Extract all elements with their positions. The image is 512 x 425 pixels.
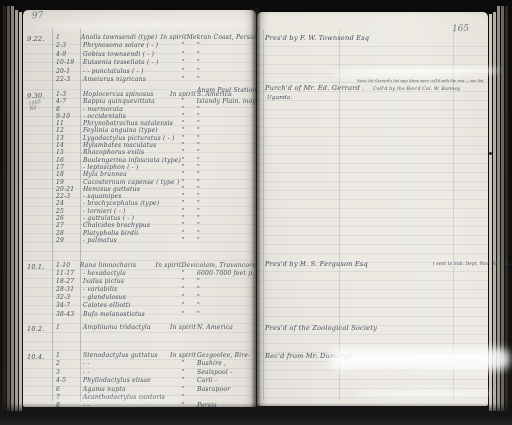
species-name: Chalcides brachypus: [83, 222, 169, 229]
entry-row: 11-17- hexadactyla"6000-7000 feet p.: [53, 270, 256, 278]
specimen-number: 8: [53, 106, 83, 113]
entry-row: 34-7Calotes elliotti"": [53, 302, 256, 310]
locality: ": [197, 179, 256, 186]
acquisition-state: ": [169, 369, 197, 376]
interlinear-note: Note: Mr Gerrard's list says these were …: [357, 79, 483, 83]
entry-row: 22-3- squamipes"": [53, 193, 256, 200]
acquisition-state: ": [169, 230, 197, 237]
specimen-number: 32-3: [53, 294, 83, 301]
species-name: Cacosternum capense ( type ): [83, 179, 169, 186]
specimen-number: 25: [53, 208, 83, 215]
acquisition-remark: Pres'd by F. W. Townsend Esq: [265, 34, 481, 42]
entry-row: 22-3Ameiurus nigricans"": [53, 76, 256, 84]
ledger-photo: 9.22.1Anolis townsendi (type)In spiritMe…: [0, 0, 512, 425]
acquisition-remark: Pres'd of the Zoological Society: [265, 324, 481, 332]
remark-entry: Note: Mr Gerrard's list says these were …: [265, 84, 481, 101]
acquisition-state: ": [169, 51, 197, 58]
species-name: Hemisus guttatus: [83, 186, 169, 193]
acquisition-state: ": [169, 142, 197, 149]
specimen-number: 28-31: [53, 286, 83, 293]
specimen-number: 6: [53, 386, 83, 393]
species-name: - variabilis: [83, 286, 169, 293]
specimen-number: 1: [53, 352, 83, 359]
species-name: Phrynosoma solare ( - ): [83, 42, 169, 49]
locality: ": [197, 311, 256, 318]
entry-row: 11Phrynobatrachus natalensis"": [53, 120, 256, 127]
locality: ": [197, 113, 256, 120]
specimen-number: 27: [53, 222, 83, 229]
locality: ": [197, 286, 256, 293]
entry-row: 4-5Phyllodactylus elisae"Carli -: [53, 377, 256, 385]
page-edge: [15, 10, 18, 411]
entry-row: 38-43Bufo melanostictus"": [53, 311, 256, 319]
locality: ": [197, 42, 256, 49]
ledger-section: 10.2.1Amphiuma tridactylaIn spiritN. Ame…: [23, 324, 256, 333]
locality: Bushire ,: [197, 360, 256, 367]
entry-row: 25- tornieri ( - )"": [53, 208, 256, 215]
species-name: Boulengerina infasciata (type): [83, 157, 169, 164]
specimen-number: 9-10: [53, 113, 83, 120]
locality: ": [197, 171, 256, 178]
species-name: - guttulatus ( - ): [83, 215, 169, 222]
species-name: Rappia quinquevittata: [83, 98, 169, 105]
folio-number: 165: [452, 24, 470, 35]
locality: ": [197, 278, 256, 285]
page-edge: [19, 12, 22, 411]
acquisition-state: ": [169, 278, 197, 285]
entry-row: 18-27Ixalus pictus"": [53, 278, 256, 286]
acquisition-state: ": [169, 164, 197, 171]
page-edge: [3, 6, 6, 411]
species-name: Hyla brunnea: [83, 171, 169, 178]
acquisition-state: ": [169, 149, 197, 156]
locality: ": [197, 157, 256, 164]
folio-number-pencil: 97: [32, 11, 44, 22]
entry-row: 2-3Phrynosoma solare ( - )"": [53, 42, 256, 50]
acquisition-state: ": [169, 106, 197, 113]
species-name: - -: [83, 360, 169, 367]
specimen-number: 12: [53, 127, 83, 134]
species-name: - leptosiphon ( - ): [83, 164, 169, 171]
binding-gutter: [251, 8, 261, 409]
species-name: Phrynobatrachus natalensis: [83, 120, 169, 127]
entry-row: 2- -"Bushire ,: [53, 360, 256, 368]
remark-entry: Pres'd by F. W. Townsend Esq: [265, 34, 481, 42]
entry-row: 4-7Rappia quinquevittata"Islandy Plain. …: [53, 98, 256, 105]
species-name: Eutaenia tessellata ( - ): [83, 59, 169, 66]
locality: N. America: [197, 324, 256, 331]
section-rows: 1-10Rana limnocharisIn spiritDevicolam, …: [53, 262, 256, 319]
locality: ": [197, 200, 256, 207]
specimen-number: 11: [53, 120, 83, 127]
locality: ": [197, 76, 256, 83]
acquisition-state: ": [169, 360, 197, 367]
locality: ": [197, 237, 256, 244]
acquisition-state: ": [169, 200, 197, 207]
remark-entry: Pres'd by H. S. Ferguson Esq( sent to Su…: [265, 260, 481, 268]
species-name: Ixalus pictus: [83, 278, 169, 285]
entry-row: 1-3Hoplocercus spinosusIn spiritS. Ameri…: [53, 91, 256, 98]
acquisition-state: ": [169, 377, 197, 384]
entry-row: 19Cacosternum capense ( type )"": [53, 179, 256, 186]
specimen-number: 10-19: [53, 59, 83, 66]
specimen-number: 4-9: [53, 51, 83, 58]
acquisition-state: In spirit: [161, 34, 187, 41]
collector-note: Coll'd by the Rev'd Col. W. Bunney: [373, 87, 460, 92]
specimen-number: 29: [53, 237, 83, 244]
entry-date: 10.2.: [27, 325, 45, 333]
specimen-number: 11-17: [53, 270, 83, 277]
glare-highlight: [330, 348, 510, 370]
entry-row: 16Boulengerina infasciata (type)"": [53, 157, 256, 164]
species-name: Bufo melanostictus: [83, 311, 169, 318]
entry-row: 1Amphiuma tridactylaIn spiritN. America: [53, 324, 256, 333]
entry-row: 15Rhacophorus exilis"": [53, 149, 256, 156]
entry-row: 13Lygodactylus picturatus ( - )"": [53, 135, 256, 142]
locality: Gezgoolee, Bire-: [197, 352, 256, 359]
species-name: Lygodactylus picturatus ( - ): [83, 135, 169, 142]
species-name: - squamipes: [83, 193, 169, 200]
entry-row: 29- palmatus"": [53, 237, 256, 244]
acquisition-state: ": [169, 294, 197, 301]
entry-row: 18Hyla brunnea"": [53, 171, 256, 178]
acquisition-state: ": [169, 42, 197, 49]
species-name: Hoplocercus spinosus: [83, 91, 169, 98]
acquisition-state: ": [169, 215, 197, 222]
locality: Devicolam, Travancore: [181, 262, 256, 269]
locality-remark: Uganda.: [267, 95, 481, 101]
specimen-number: 2: [53, 360, 83, 367]
locality: 6000-7000 feet p.: [197, 270, 256, 277]
locality: ": [197, 222, 256, 229]
entry-row: 8- marmorata"": [53, 106, 256, 113]
locality: ": [197, 215, 256, 222]
entry-row: 20-1- - punctatulus ( - )"": [53, 68, 256, 76]
section-rows: 1Anolis townsendi (type)In spiritMekran …: [53, 34, 256, 84]
specimen-number: 1-10: [53, 262, 80, 269]
acquisition-state: In spirit: [156, 262, 182, 269]
specimen-number: 14: [53, 142, 83, 149]
locality: Islandy Plain. may: [197, 98, 256, 105]
entry-date: 9.22.: [27, 35, 45, 43]
entry-row: 26- guttulatus ( - )"": [53, 215, 256, 222]
locality: ": [197, 127, 256, 134]
page-edge: [11, 6, 14, 411]
species-name: Platypholis birdii: [83, 230, 169, 237]
acquisition-state: ": [169, 222, 197, 229]
acquisition-state: ": [169, 135, 197, 142]
specimen-number: 4-5: [53, 377, 83, 384]
entry-row: 28Platypholis birdii"": [53, 230, 256, 237]
specimen-number: 22-3: [53, 193, 83, 200]
species-name: - tornieri ( - ): [83, 208, 169, 215]
specimen-number: 24: [53, 200, 83, 207]
entry-row: 14Hylambates maculatus"": [53, 142, 256, 149]
species-name: - marmorata: [83, 106, 169, 113]
ledger-section: 10.1.1-10Rana limnocharisIn spiritDevico…: [23, 262, 256, 319]
specimen-number: 34-7: [53, 302, 83, 309]
species-name: - glandulosus: [83, 294, 169, 301]
locality: ": [197, 294, 256, 301]
acquisition-state: ": [169, 179, 197, 186]
species-name: Rana limnocharis: [80, 262, 156, 269]
acquisition-state: ": [169, 76, 197, 83]
locality: ": [197, 186, 256, 193]
locality: Carli -: [197, 377, 256, 384]
acquisition-state: ": [169, 59, 197, 66]
acquisition-state: ": [169, 171, 197, 178]
entry-row: 6Agama nupta"Basrapoor: [53, 386, 256, 394]
specimen-number: 22-3: [53, 76, 83, 83]
ledger-section: 9.30.1903 Rd1-3Hoplocercus spinosusIn sp…: [23, 91, 256, 244]
species-name: - palmatus: [83, 237, 169, 244]
specimen-number: 20-21: [53, 186, 83, 193]
specimen-number: 1-3: [53, 91, 83, 98]
margin-note: ( sent to Sub. Dept. Nov. 06 — G. A. B. …: [433, 261, 512, 266]
acquisition-state: ": [169, 68, 197, 75]
acquisition-state: ": [169, 386, 197, 393]
locality: ": [197, 135, 256, 142]
entry-row: 1Stenodactylus guttatusIn spiritGezgoole…: [53, 352, 256, 360]
specimen-number: 26: [53, 215, 83, 222]
acquisition-state: In spirit: [169, 352, 197, 359]
species-name: Gobius townsendi ( - ): [83, 51, 169, 58]
acquisition-state: ": [169, 98, 197, 105]
specimen-number: 38-43: [53, 311, 83, 318]
locality: Basrapoor: [197, 386, 256, 393]
acquisition-state: ": [169, 302, 197, 309]
entry-row: 12Feylinia anguina (type)"": [53, 127, 256, 134]
locality: ": [197, 193, 256, 200]
specimen-number: 3: [53, 369, 83, 376]
species-name: Amphiuma tridactyla: [83, 324, 169, 331]
locality: ": [197, 68, 256, 75]
specimen-number: 28: [53, 230, 83, 237]
locality: S. AmericaAnam Paul Station: [197, 91, 256, 98]
ledger-left-page: 9.22.1Anolis townsendi (type)In spiritMe…: [23, 10, 256, 407]
acquisition-state: In spirit: [169, 324, 197, 331]
acquisition-state: ": [169, 193, 197, 200]
specimen-number: 18: [53, 171, 83, 178]
entry-row: 1Anolis townsendi (type)In spiritMekran …: [53, 34, 256, 42]
locality: Mekran Coast, Persia: [187, 34, 256, 41]
acquisition-state: ": [169, 311, 197, 318]
locality: ": [197, 59, 256, 66]
species-name: - occidentalis: [83, 113, 169, 120]
locality: ": [197, 164, 256, 171]
entry-row: 10-19Eutaenia tessellata ( - )"": [53, 59, 256, 67]
locality: ": [197, 120, 256, 127]
entry-row: 28-31- variabilis"": [53, 286, 256, 294]
pencil-note: 1903 Rd: [28, 100, 43, 112]
specimen-number: 20-1: [53, 68, 83, 75]
specimen-number: 1: [53, 324, 83, 331]
locality: ": [197, 208, 256, 215]
locality: ": [197, 230, 256, 237]
species-name: - - punctatulus ( - ): [83, 68, 169, 75]
species-name: Rhacophorus exilis: [83, 149, 169, 156]
ledger-section: 9.22.1Anolis townsendi (type)In spiritMe…: [23, 34, 256, 84]
column-rule: [263, 30, 264, 400]
entry-row: 24- brachycephalus (type)"": [53, 200, 256, 207]
acquisition-state: ": [169, 127, 197, 134]
entry-date: 10.1.: [27, 263, 45, 271]
specimen-number: 4-7: [53, 98, 83, 105]
remark-entry: Pres'd of the Zoological Society: [265, 324, 481, 332]
entry-row: 4-9Gobius townsendi ( - )"": [53, 51, 256, 59]
entry-row: 32-3- glandulosus"": [53, 294, 256, 302]
species-name: Hylambates maculatus: [83, 142, 169, 149]
acquisition-state: In spirit: [169, 91, 197, 98]
acquisition-state: ": [169, 186, 197, 193]
species-name: Agama nupta: [83, 386, 169, 393]
locality: ": [197, 302, 256, 309]
locality: ": [197, 142, 256, 149]
species-name: - brachycephalus (type): [83, 200, 169, 207]
locality: ": [197, 51, 256, 58]
specimen-number: 16: [53, 157, 83, 164]
locality: ": [197, 106, 256, 113]
section-rows: 1-3Hoplocercus spinosusIn spiritS. Ameri…: [53, 91, 256, 244]
specimen-number: 19: [53, 179, 83, 186]
entry-row: 3- -"Sealspool -: [53, 369, 256, 377]
specimen-number: 18-27: [53, 278, 83, 285]
locality: ": [197, 149, 256, 156]
page-edge: [7, 6, 10, 411]
specimen-number: 1: [53, 34, 81, 41]
bottom-shadow: [0, 403, 512, 425]
specimen-number: 2-3: [53, 42, 83, 49]
acquisition-state: ": [169, 208, 197, 215]
species-name: Feylinia anguina (type): [83, 127, 169, 134]
entry-row: 9-10- occidentalis"": [53, 113, 256, 120]
entry-row: 20-21Hemisus guttatus"": [53, 186, 256, 193]
acquisition-state: ": [169, 113, 197, 120]
entry-row: 1-10Rana limnocharisIn spiritDevicolam, …: [53, 262, 256, 270]
glare-highlight: [352, 389, 492, 398]
species-name: Anolis townsendi (type): [81, 34, 161, 41]
acquisition-state: ": [169, 237, 197, 244]
entry-row: 27Chalcides brachypus"": [53, 222, 256, 229]
acquisition-state: ": [169, 270, 197, 277]
section-rows: 1Amphiuma tridactylaIn spiritN. America: [53, 324, 256, 333]
species-name: Calotes elliotti: [83, 302, 169, 309]
species-name: - hexadactyla: [83, 270, 169, 277]
locality: Sealspool -: [197, 369, 256, 376]
species-name: Stenodactylus guttatus: [83, 352, 169, 359]
species-name: Ameiurus nigricans: [83, 76, 169, 83]
acquisition-state: ": [169, 157, 197, 164]
entry-date: 10.4.: [27, 353, 45, 361]
acquisition-state: ": [169, 286, 197, 293]
specimen-number: 15: [53, 149, 83, 156]
species-name: - -: [83, 369, 169, 376]
entry-row: 17- leptosiphon ( - )"": [53, 164, 256, 171]
species-name: Phyllodactylus elisae: [83, 377, 169, 384]
acquisition-state: ": [169, 120, 197, 127]
locality-note: Anam Paul Station: [197, 87, 257, 94]
dust-speck: [489, 152, 492, 155]
specimen-number: 13: [53, 135, 83, 142]
specimen-number: 17: [53, 164, 83, 171]
